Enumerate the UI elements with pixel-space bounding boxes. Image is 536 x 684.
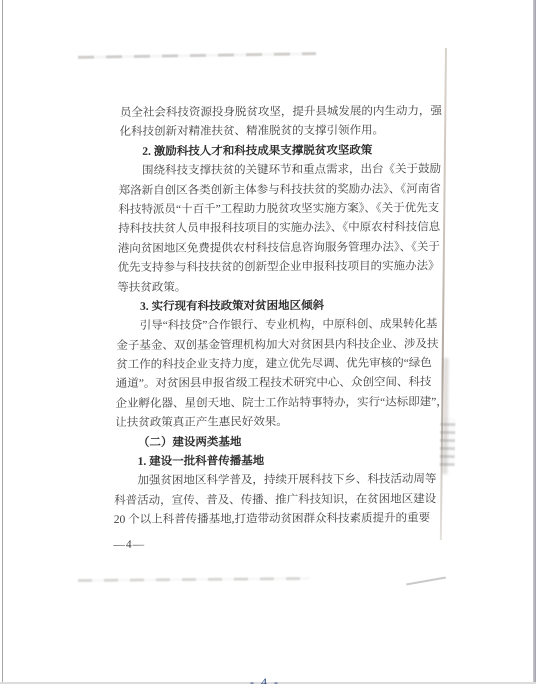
text-line: 贫工作的科技企业支持力度，建立优先尽调、优先审核的“绿色 [116, 354, 442, 375]
text-line: 1. 建设一批科普传播基地 [115, 451, 441, 472]
text-line: 郑洛新自创区各类创新主体参与科技扶贫的奖励办法》、《河南省 [119, 180, 445, 201]
text-line: 20 个以上科普传播基地,打造带动贫困群众科技素质提升的重要 [114, 509, 440, 530]
text-line: 港向贫困地区免费提供农村科技信息咨询服务管理办法》、《关于 [118, 238, 444, 259]
text-line: 化科技创新对精准扶贫、精准脱贫的支撑引领作用。 [119, 122, 445, 143]
scan-artifact-bottom-smudge [78, 577, 310, 582]
text-line: 员全社会科技资源投身脱贫攻坚，提升县城发展的内生动力，强 [120, 102, 446, 123]
document-text-block: 员全社会科技资源投身脱贫攻坚，提升县城发展的内生动力，强化科技创新对精准扶贫、精… [113, 102, 446, 555]
text-line: 企业孵化器、星创天地、院士工作站特事特办，实行“达标即建”， [115, 393, 441, 414]
text-line: 金子基金、双创基金管理机构加大对贫困县内科技企业、涉及扶 [116, 335, 442, 356]
text-line: 持科技扶贫人员申报科技项目的实施办法》、《中原农村科技信息 [118, 219, 444, 240]
viewer-page-number: - 4 - [250, 675, 280, 684]
text-line: 科技特派员“十百千”工程助力脱贫攻坚实施方案》、《关于优先支 [118, 199, 444, 220]
scan-artifact-bottom-right-mark [406, 577, 446, 585]
text-line: 2. 激励科技人才和科技成果支撑脱贫攻坚政策 [119, 141, 445, 162]
text-line: （二）建设两类基地 [115, 432, 441, 453]
text-line: 围绕科技支撑扶贫的关键环节和重点需求，出台《关于鼓励 [119, 160, 445, 181]
scan-artifact-margin-marks [440, 418, 456, 466]
text-line: 3. 实行现有科技政策对贫困地区倾斜 [117, 296, 443, 317]
text-line: 让扶贫政策真正产生惠民好效果。 [115, 413, 441, 434]
text-line: 科普活动，宣传、普及、传播、推广科技知识，在贫困地区建设 [114, 490, 440, 511]
page-edge-left [2, 0, 3, 684]
scan-artifact-top-smudge [78, 52, 316, 59]
text-line: 优先支持参与科技扶贫的创新型企业申报科技项目的实施办法》 [117, 257, 443, 278]
text-line: 加强贫困地区科学普及，持续开展科技下乡、科技活动周等 [114, 471, 440, 492]
document-page-number: —4— [113, 534, 439, 555]
text-line: 等扶贫政策。 [117, 277, 443, 298]
text-line: 通道”。对贫困县申报省级工程技术研究中心、众创空间、科技 [116, 374, 442, 395]
text-line: 引导“科技贷”合作银行、专业机构，中原科创、成果转化基 [117, 316, 443, 337]
